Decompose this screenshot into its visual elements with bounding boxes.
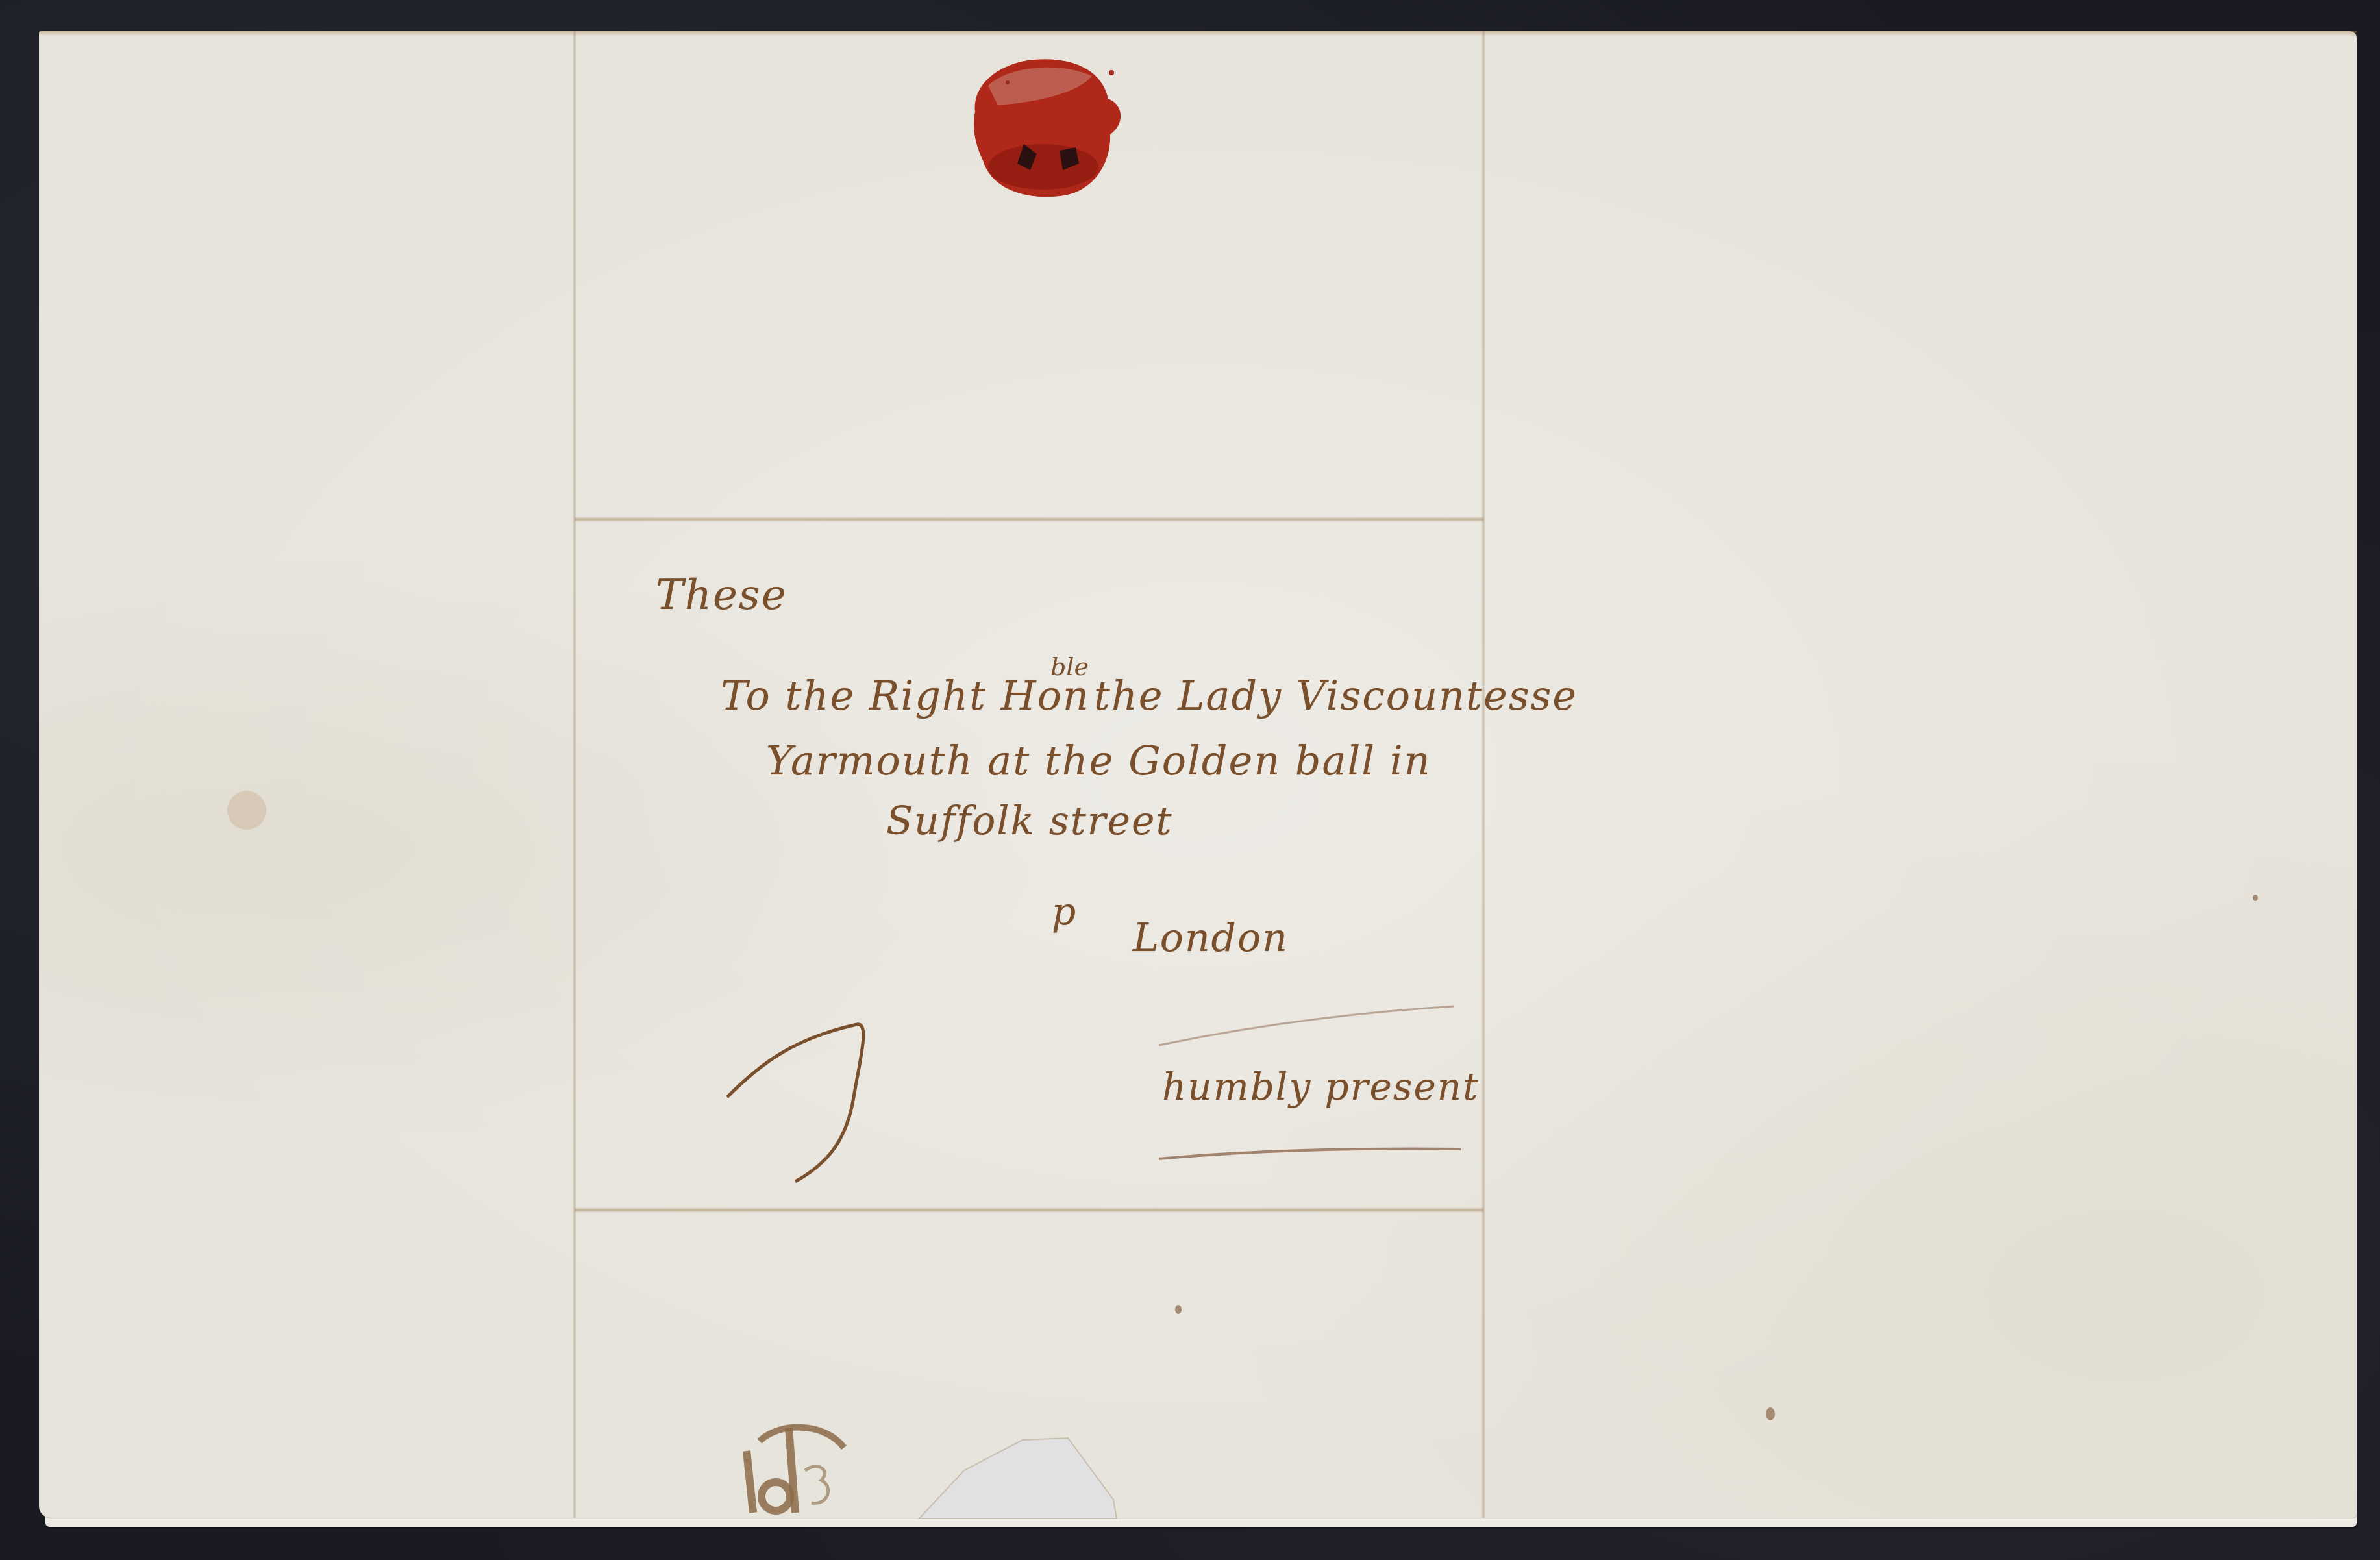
- ink-spot: [1766, 1407, 1775, 1420]
- flourish-mark-icon: [721, 1019, 870, 1188]
- closing-text: humbly present: [1162, 1065, 1480, 1109]
- address-line-1: To the Right Hon: [721, 672, 1090, 719]
- ink-spot: [2253, 895, 2258, 901]
- top-edge-stain: [39, 31, 2357, 36]
- paper-repair-patch: [919, 1422, 1120, 1519]
- ink-spot: [1175, 1305, 1182, 1314]
- address-city: London: [1133, 915, 1289, 961]
- address-superscript: ble: [1050, 652, 1089, 681]
- address-line-2: Yarmouth at the Golden ball in: [766, 737, 1432, 784]
- fold-line-lower: [575, 1207, 1483, 1213]
- postal-mark: p: [1052, 889, 1077, 934]
- fold-line-right: [1481, 31, 1485, 1518]
- address-heading: These: [656, 571, 787, 619]
- address-line-1-continued: the Lady Viscountesse: [1094, 672, 1578, 719]
- wax-seal-icon: [962, 47, 1128, 203]
- foxing-stain: [227, 791, 266, 830]
- fold-line-upper: [575, 517, 1483, 522]
- fold-line-left: [573, 31, 576, 1518]
- address-line-3: Suffolk street: [886, 799, 1173, 844]
